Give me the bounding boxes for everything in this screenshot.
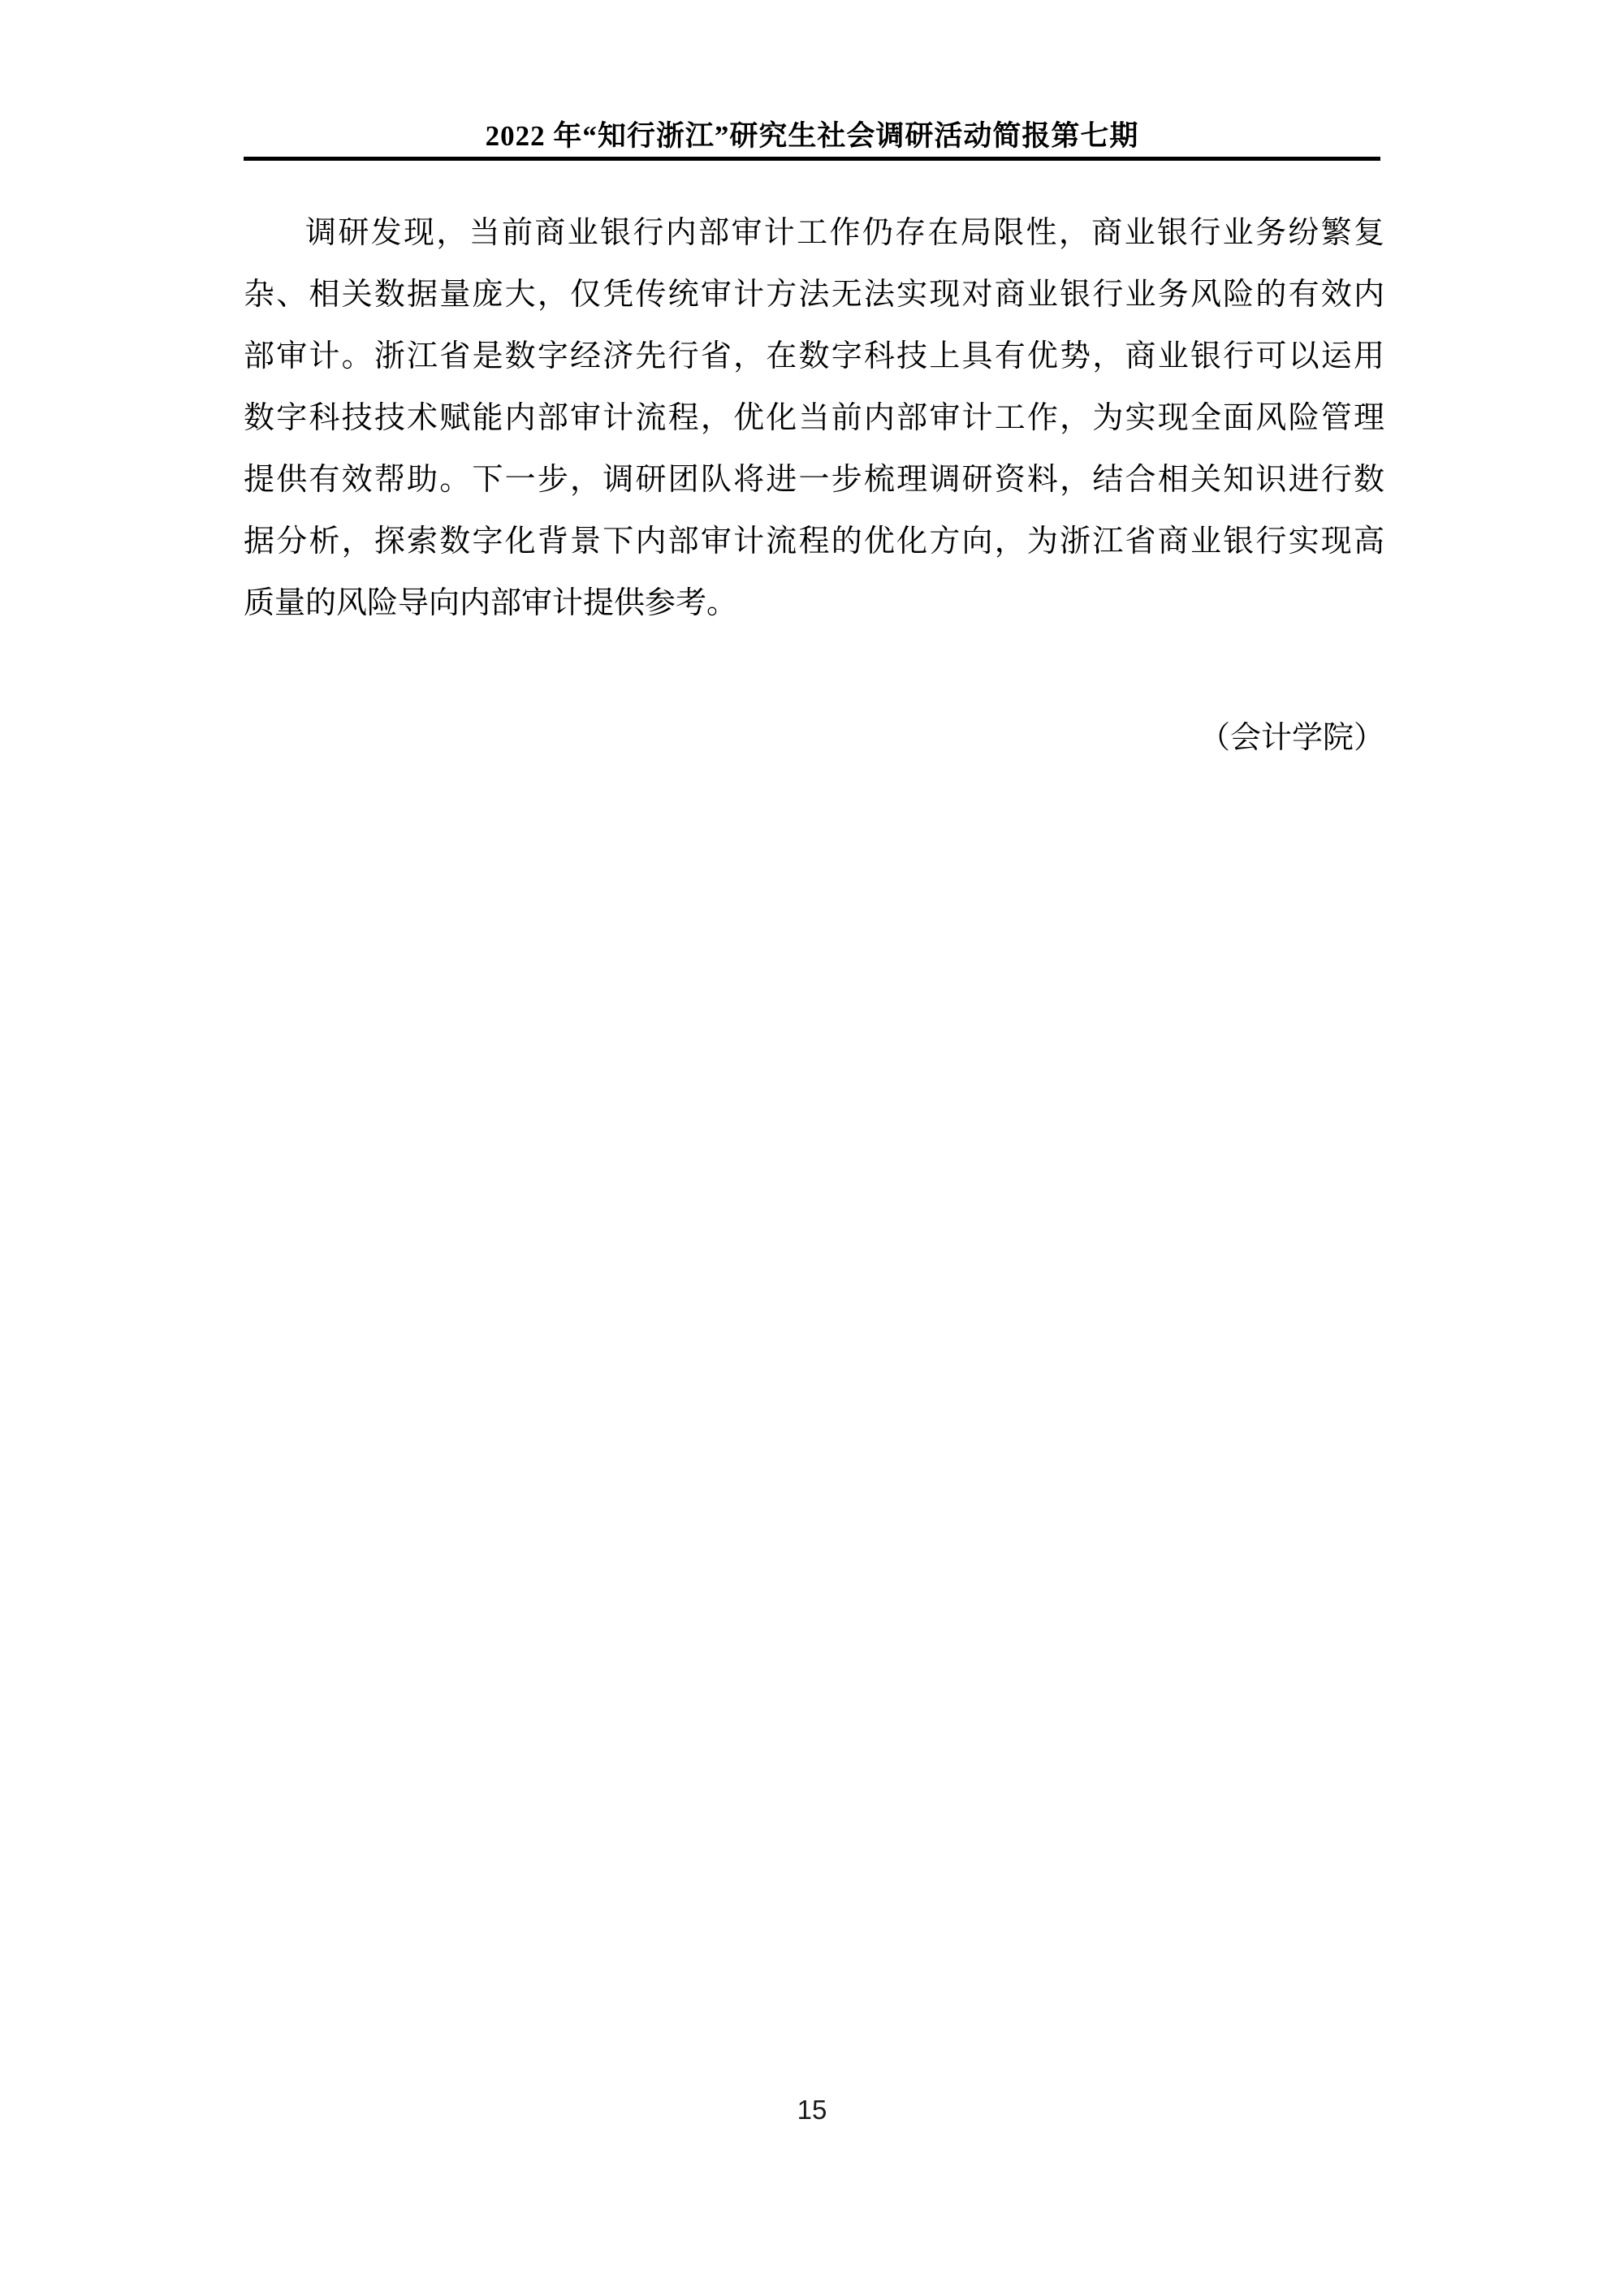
paragraph-line: 提供有效帮助。下一步，调研团队将进一步梳理调研资料，结合相关知识进行数 [244,449,1384,511]
paragraph-line: 数字科技技术赋能内部审计流程，优化当前内部审计工作，为实现全面风险管理 [244,387,1384,449]
paragraph-line: 杂、相关数据量庞大，仅凭传统审计方法无法实现对商业银行业务风险的有效内 [244,264,1384,326]
paragraph-line: 据分析，探索数字化背景下内部审计流程的优化方向，为浙江省商业银行实现高 [244,511,1384,572]
document-page: 2022 年“知行浙江”研究生社会调研活动简报第七期 调研发现，当前商业银行内部… [0,0,1624,2296]
paragraph-line: 调研发现，当前商业银行内部审计工作仍存在局限性，商业银行业务纷繁复 [244,202,1384,264]
body-paragraph: 调研发现，当前商业银行内部审计工作仍存在局限性，商业银行业务纷繁复杂、相关数据量… [244,202,1384,634]
paragraph-line: 质量的风险导向内部审计提供参考。 [244,572,1384,634]
header-title: 2022 年“知行浙江”研究生社会调研活动简报第七期 [0,114,1624,154]
page-number: 15 [0,2095,1624,2126]
paragraph-line: 部审计。浙江省是数字经济先行省，在数字科技上具有优势，商业银行可以运用 [244,326,1384,387]
header-rule [244,157,1380,161]
signature-line: （会计学院） [244,707,1384,769]
